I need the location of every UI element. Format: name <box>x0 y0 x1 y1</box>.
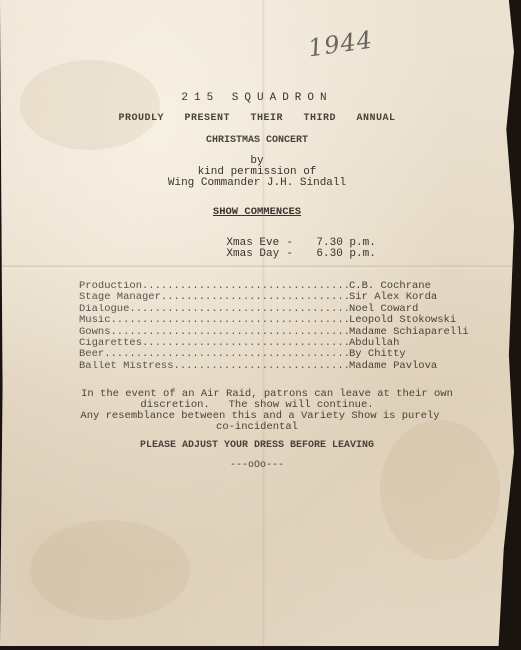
credit-row: Stage Manager...........................… <box>79 292 499 303</box>
credit-row: Music...................................… <box>79 315 499 326</box>
squadron-title: 215 SQUADRON <box>0 92 514 104</box>
schedule-time: 6.30 p.m. <box>316 248 375 260</box>
credit-role: Dialogue................................… <box>79 304 349 315</box>
commander-line: Wing Commander J.H. Sindall <box>0 177 514 189</box>
resemblance-notice-cont: co-incidental <box>0 421 514 433</box>
credit-role: Stage Manager...........................… <box>79 292 349 303</box>
show-commences-heading: SHOW COMMENCES <box>0 206 514 218</box>
credits-list: Production..............................… <box>79 281 499 372</box>
credit-row: Ballet Mistress.........................… <box>79 361 499 372</box>
schedule-day: Xmas Day <box>226 248 286 260</box>
schedule-dash: - <box>286 248 316 260</box>
handwritten-year: 1944 <box>306 26 374 63</box>
present-line: PROUDLY PRESENT THEIR THIRD ANNUAL <box>0 113 514 124</box>
concert-programme-page: 1944 215 SQUADRON PROUDLY PRESENT THEIR … <box>0 0 514 646</box>
credit-name: Madame Pavlova <box>349 361 437 372</box>
credit-role: Gowns...................................… <box>79 327 349 338</box>
credit-row: Gowns...................................… <box>79 327 499 338</box>
credit-role: Production..............................… <box>79 281 349 292</box>
adjust-dress-notice: PLEASE ADJUST YOUR DRESS BEFORE LEAVING <box>0 440 514 451</box>
paper-stain <box>30 520 190 620</box>
credit-row: Cigarettes..............................… <box>79 338 499 349</box>
credit-role: Cigarettes..............................… <box>79 338 349 349</box>
credit-name: Leopold Stokowski <box>349 315 456 326</box>
credit-role: Beer....................................… <box>79 349 349 360</box>
credit-role: Ballet Mistress.........................… <box>79 361 349 372</box>
event-title: CHRISTMAS CONCERT <box>0 135 514 146</box>
end-mark: ---oOo--- <box>0 460 514 471</box>
schedule-row: Xmas Day-6.30 p.m. <box>200 236 376 272</box>
credit-role: Music...................................… <box>79 315 349 326</box>
